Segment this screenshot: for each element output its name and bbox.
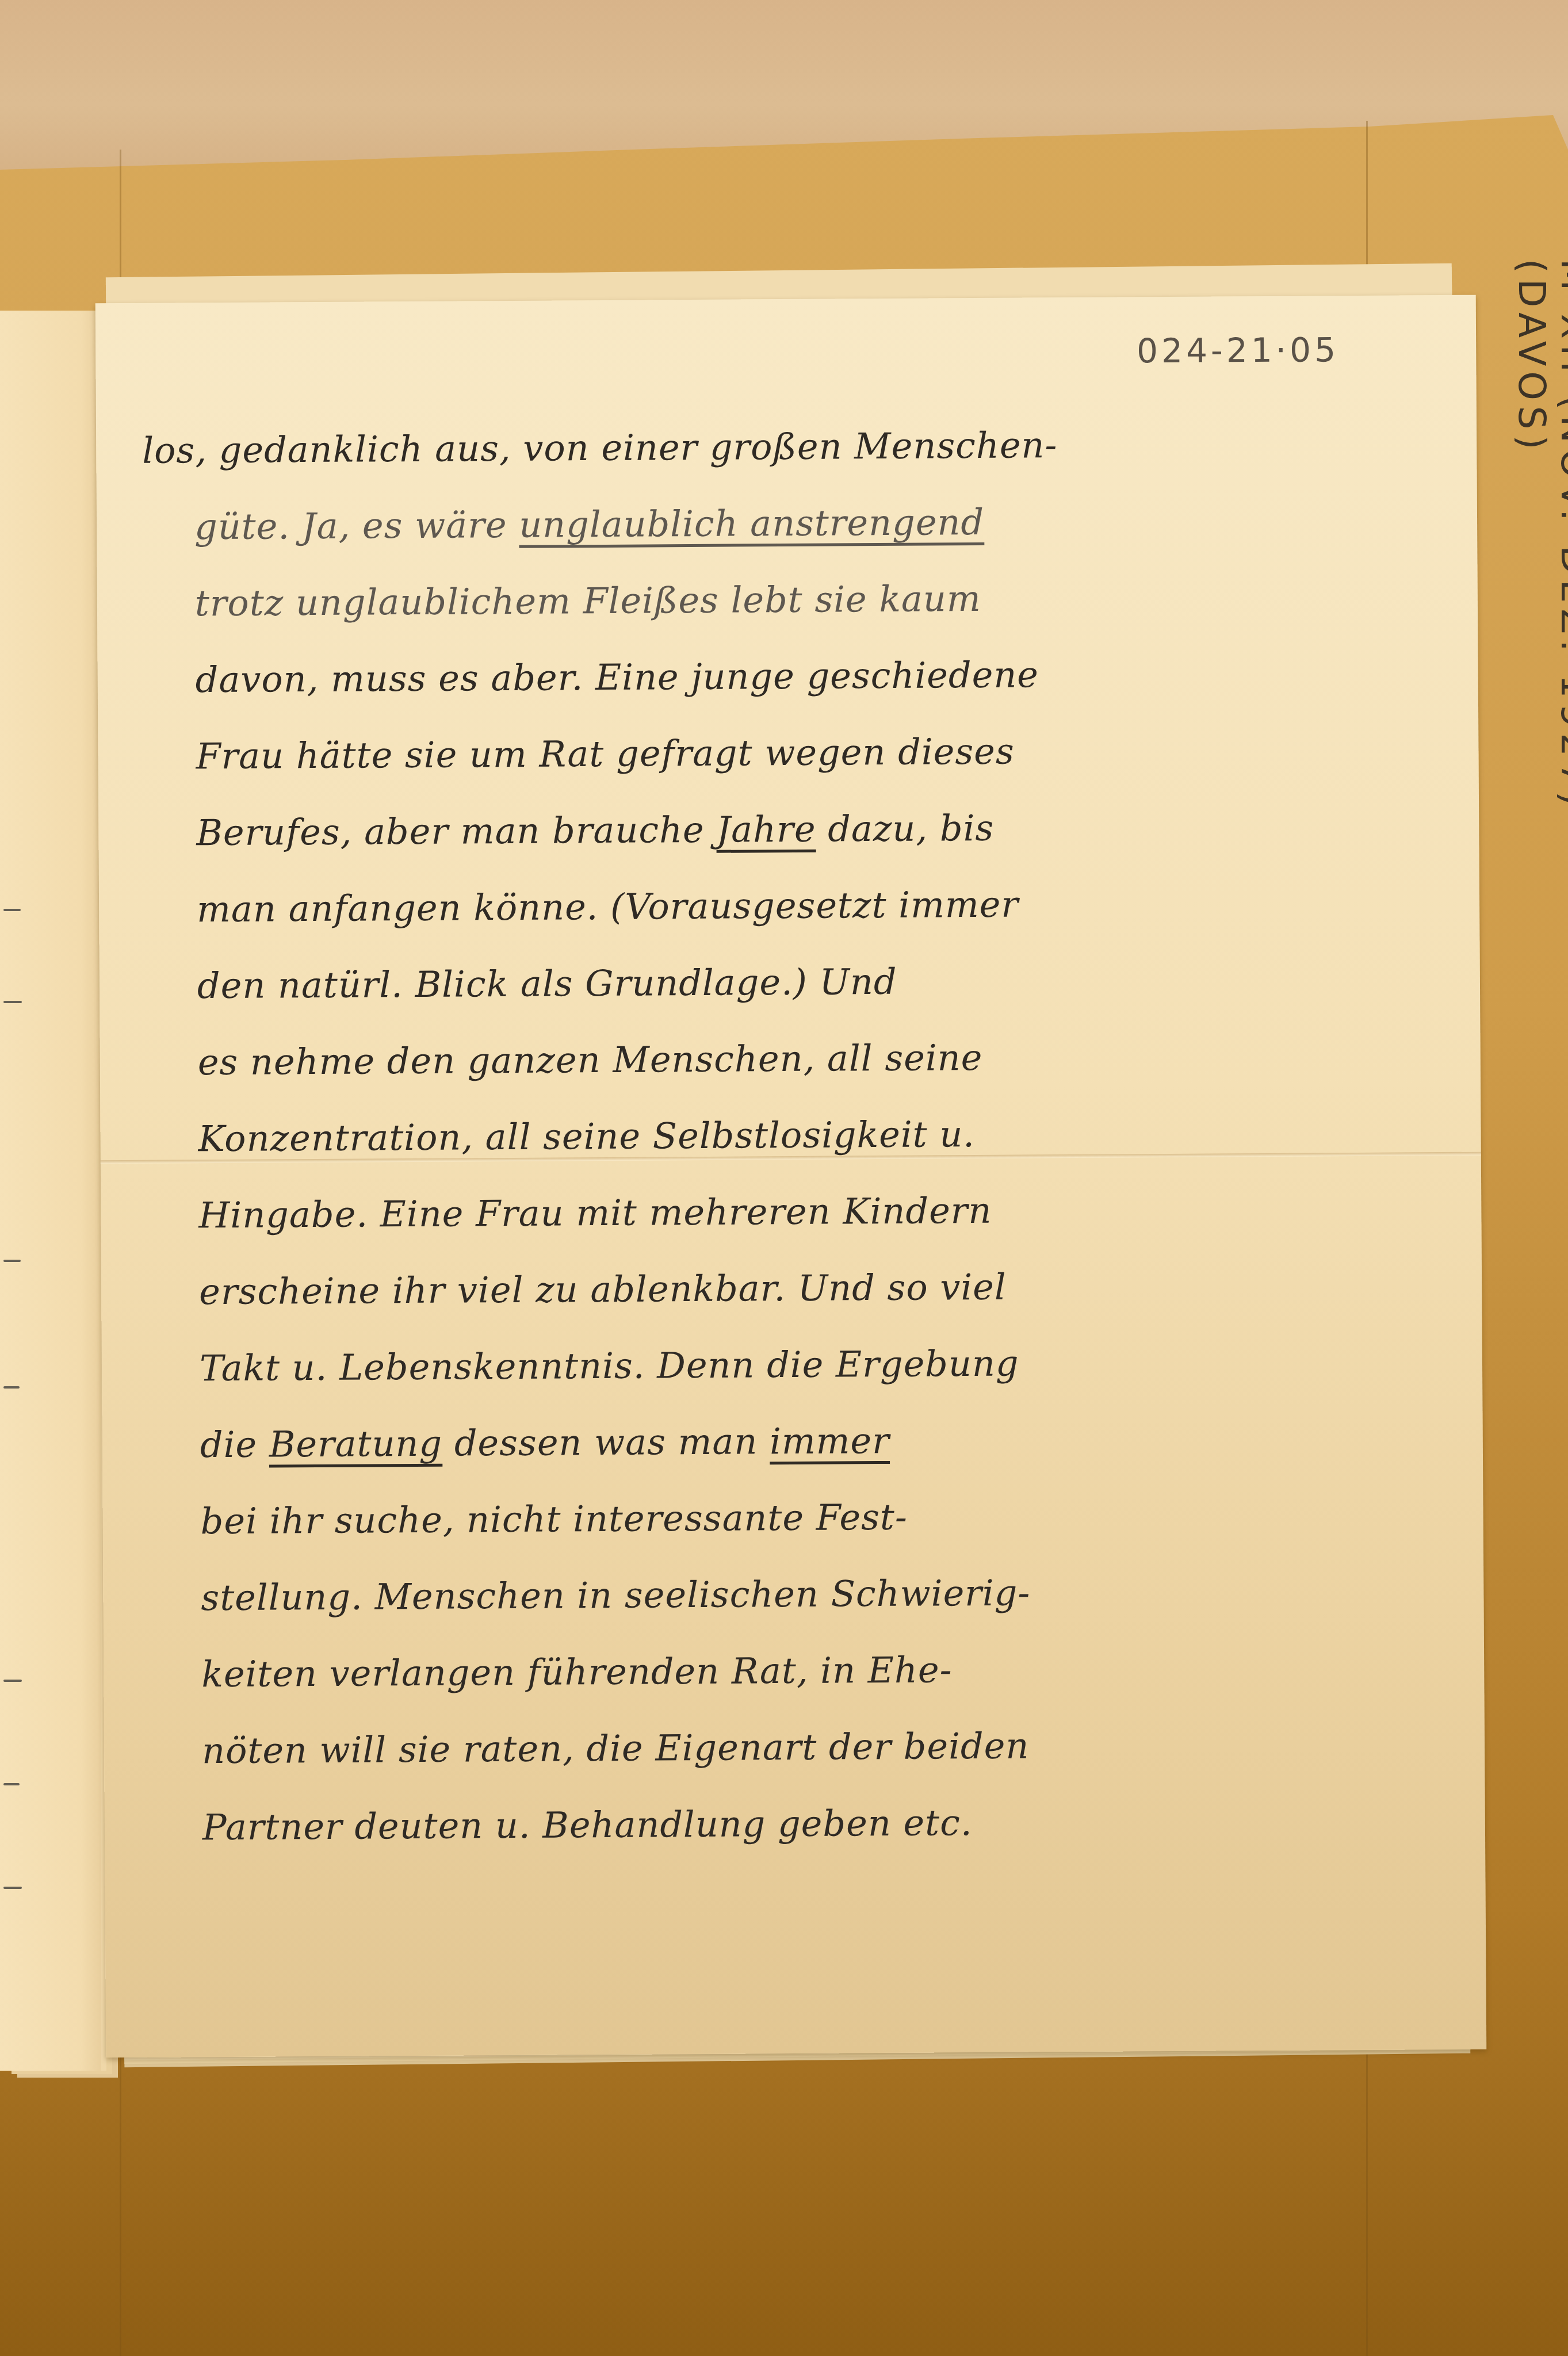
text-line: stellung. Menschen in seelischen Schwier…: [149, 1552, 1427, 1636]
text-line: Partner deuten u. Behandlung geben etc.: [150, 1781, 1428, 1866]
ink-fragment: [3, 1386, 20, 1389]
text-line: davon, muss es aber. Eine junge geschied…: [143, 634, 1421, 718]
folder-spine-label: M XII (NOV.-DEZ. 1927) (DAVOS): [1498, 259, 1556, 1007]
text-line: Konzentration, all seine Selbstlosigkeit…: [146, 1093, 1424, 1177]
text-line: keiten verlangen führenden Rat, in Ehe-: [150, 1628, 1427, 1713]
text-line: güte. Ja, es wäre unglaublich anstrengen…: [143, 481, 1420, 565]
archive-number: 024-21·05: [1137, 330, 1339, 370]
text-line: Berufes, aber man brauche Jahre dazu, bi…: [144, 787, 1422, 871]
text-line: es nehme den ganzen Menschen, all seine: [146, 1016, 1423, 1101]
text-line: den natürl. Blick als Grundlage.) Und: [146, 940, 1423, 1024]
ink-fragment: [3, 1783, 20, 1785]
text-line: los, gedanklich aus, von einer großen Me…: [142, 404, 1420, 489]
underlined-text: Jahre: [716, 808, 816, 851]
text-line: Hingabe. Eine Frau mit mehreren Kindern: [147, 1169, 1424, 1254]
text-line: erscheine ihr viel zu ablenkbar. Und so …: [147, 1246, 1425, 1330]
ink-fragment: [3, 1680, 22, 1682]
underlined-text: immer: [770, 1420, 890, 1462]
ink-fragment: [3, 1001, 22, 1003]
text-line: trotz unglaublichem Fleißes lebt sie kau…: [143, 557, 1420, 642]
underlined-text: unglaublich anstrengend: [519, 501, 984, 546]
manuscript-page: 024-21·05 los, gedanklich aus, von einer…: [95, 295, 1487, 2058]
adjacent-sheet-stack: [0, 311, 101, 2071]
ink-fragment: [3, 1260, 21, 1262]
ink-fragment: [3, 909, 21, 911]
ink-fragment: [3, 1887, 22, 1889]
text-line: Frau hätte sie um Rat gefragt wegen dies…: [144, 710, 1421, 795]
text-line: die Beratung dessen was man immer: [148, 1399, 1425, 1483]
text-line: bei ihr suche, nicht interessante Fest-: [148, 1475, 1426, 1560]
text-line: nöten will sie raten, die Eigenart der b…: [150, 1705, 1428, 1789]
underlined-text: Beratung: [269, 1422, 443, 1466]
handwritten-text: los, gedanklich aus, von einer großen Me…: [142, 404, 1428, 1866]
text-line: man anfangen könne. (Vorausgesetzt immer: [145, 863, 1422, 948]
text-line: Takt u. Lebenskenntnis. Denn die Ergebun…: [148, 1322, 1425, 1407]
folder-label-text: M XII (NOV.-DEZ. 1927) (DAVOS): [1510, 259, 1568, 1007]
